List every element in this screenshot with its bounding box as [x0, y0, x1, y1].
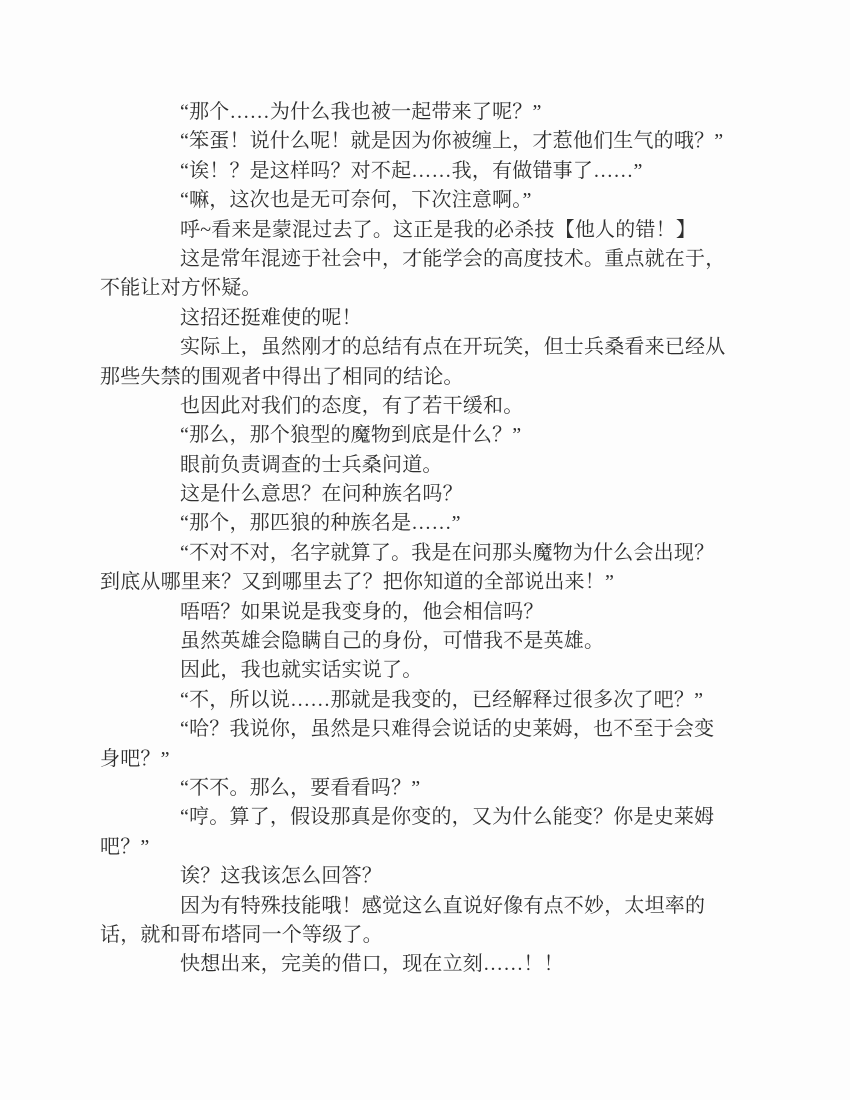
text-line: 唔唔？如果说是我变身的，他会相信吗？: [100, 598, 750, 627]
paragraph: “那么，那个狼型的魔物到底是什么？”: [100, 421, 750, 450]
paragraph: 实际上，虽然刚才的总结有点在开玩笑，但士兵桑看来已经从那些失禁的围观者中得出了相…: [100, 333, 750, 392]
text-line: “那个……为什么我也被一起带来了呢？”: [100, 98, 750, 127]
paragraph: 虽然英雄会隐瞒自己的身份，可惜我不是英雄。: [100, 627, 750, 656]
paragraph: 这是什么意思？在问种族名吗？: [100, 480, 750, 509]
paragraph: 因此，我也就实话实说了。: [100, 656, 750, 685]
paragraph: “哼。算了，假设那真是你变的，又为什么能变？你是史莱姆吧？”: [100, 803, 750, 862]
paragraph: 这招还挺难使的呢！: [100, 304, 750, 333]
novel-text-block: “那个……为什么我也被一起带来了呢？”“笨蛋！说什么呢！就是因为你被缠上，才惹他…: [100, 98, 750, 980]
text-line: 那些失禁的围观者中得出了相同的结论。: [100, 363, 750, 392]
text-line: 因此，我也就实话实说了。: [100, 656, 750, 685]
paragraph: “嘛，这次也是无可奈何，下次注意啊。”: [100, 186, 750, 215]
text-line: “笨蛋！说什么呢！就是因为你被缠上，才惹他们生气的哦？”: [100, 127, 750, 156]
text-line: “不不。那么，要看看吗？”: [100, 774, 750, 803]
text-line: 眼前负责调查的士兵桑问道。: [100, 451, 750, 480]
text-line: “嘛，这次也是无可奈何，下次注意啊。”: [100, 186, 750, 215]
paragraph: 也因此对我们的态度，有了若干缓和。: [100, 392, 750, 421]
text-line: “那么，那个狼型的魔物到底是什么？”: [100, 421, 750, 450]
text-line: “哼。算了，假设那真是你变的，又为什么能变？你是史莱姆: [100, 803, 750, 832]
paragraph: 快想出来，完美的借口，现在立刻……！！: [100, 950, 750, 979]
text-line: 快想出来，完美的借口，现在立刻……！！: [100, 950, 750, 979]
text-line: 呼~看来是蒙混过去了。这正是我的必杀技【他人的错！】: [100, 216, 750, 245]
text-line: 这是常年混迹于社会中，才能学会的高度技术。重点就在于，: [100, 245, 750, 274]
paragraph: “诶！？是这样吗？对不起……我，有做错事了……”: [100, 157, 750, 186]
text-line: 不能让对方怀疑。: [100, 274, 750, 303]
paragraph: 诶？这我该怎么回答？: [100, 862, 750, 891]
text-line: “那个，那匹狼的种族名是……”: [100, 509, 750, 538]
text-line: 诶？这我该怎么回答？: [100, 862, 750, 891]
text-line: “诶！？是这样吗？对不起……我，有做错事了……”: [100, 157, 750, 186]
paragraph: 唔唔？如果说是我变身的，他会相信吗？: [100, 598, 750, 627]
text-line: 虽然英雄会隐瞒自己的身份，可惜我不是英雄。: [100, 627, 750, 656]
paragraph: 呼~看来是蒙混过去了。这正是我的必杀技【他人的错！】: [100, 216, 750, 245]
novel-page: “那个……为什么我也被一起带来了呢？”“笨蛋！说什么呢！就是因为你被缠上，才惹他…: [0, 0, 850, 1100]
text-line: “哈？我说你，虽然是只难得会说话的史莱姆，也不至于会变: [100, 715, 750, 744]
paragraph: 这是常年混迹于社会中，才能学会的高度技术。重点就在于，不能让对方怀疑。: [100, 245, 750, 304]
text-line: 这招还挺难使的呢！: [100, 304, 750, 333]
text-line: “不，所以说……那就是我变的，已经解释过很多次了吧？”: [100, 686, 750, 715]
paragraph: “不对不对，名字就算了。我是在问那头魔物为什么会出现？到底从哪里来？又到哪里去了…: [100, 539, 750, 598]
paragraph: “笨蛋！说什么呢！就是因为你被缠上，才惹他们生气的哦？”: [100, 127, 750, 156]
paragraph: “那个，那匹狼的种族名是……”: [100, 509, 750, 538]
text-line: 话，就和哥布塔同一个等级了。: [100, 921, 750, 950]
paragraph: “哈？我说你，虽然是只难得会说话的史莱姆，也不至于会变身吧？”: [100, 715, 750, 774]
text-line: 实际上，虽然刚才的总结有点在开玩笑，但士兵桑看来已经从: [100, 333, 750, 362]
text-line: “不对不对，名字就算了。我是在问那头魔物为什么会出现？: [100, 539, 750, 568]
paragraph: “那个……为什么我也被一起带来了呢？”: [100, 98, 750, 127]
paragraph: “不不。那么，要看看吗？”: [100, 774, 750, 803]
paragraph: “不，所以说……那就是我变的，已经解释过很多次了吧？”: [100, 686, 750, 715]
text-line: 也因此对我们的态度，有了若干缓和。: [100, 392, 750, 421]
paragraph: 眼前负责调查的士兵桑问道。: [100, 451, 750, 480]
text-line: 吧？”: [100, 833, 750, 862]
text-line: 这是什么意思？在问种族名吗？: [100, 480, 750, 509]
text-line: 到底从哪里来？又到哪里去了？把你知道的全部说出来！”: [100, 568, 750, 597]
text-line: 因为有特殊技能哦！感觉这么直说好像有点不妙，太坦率的: [100, 892, 750, 921]
paragraph: 因为有特殊技能哦！感觉这么直说好像有点不妙，太坦率的话，就和哥布塔同一个等级了。: [100, 892, 750, 951]
text-line: 身吧？”: [100, 745, 750, 774]
